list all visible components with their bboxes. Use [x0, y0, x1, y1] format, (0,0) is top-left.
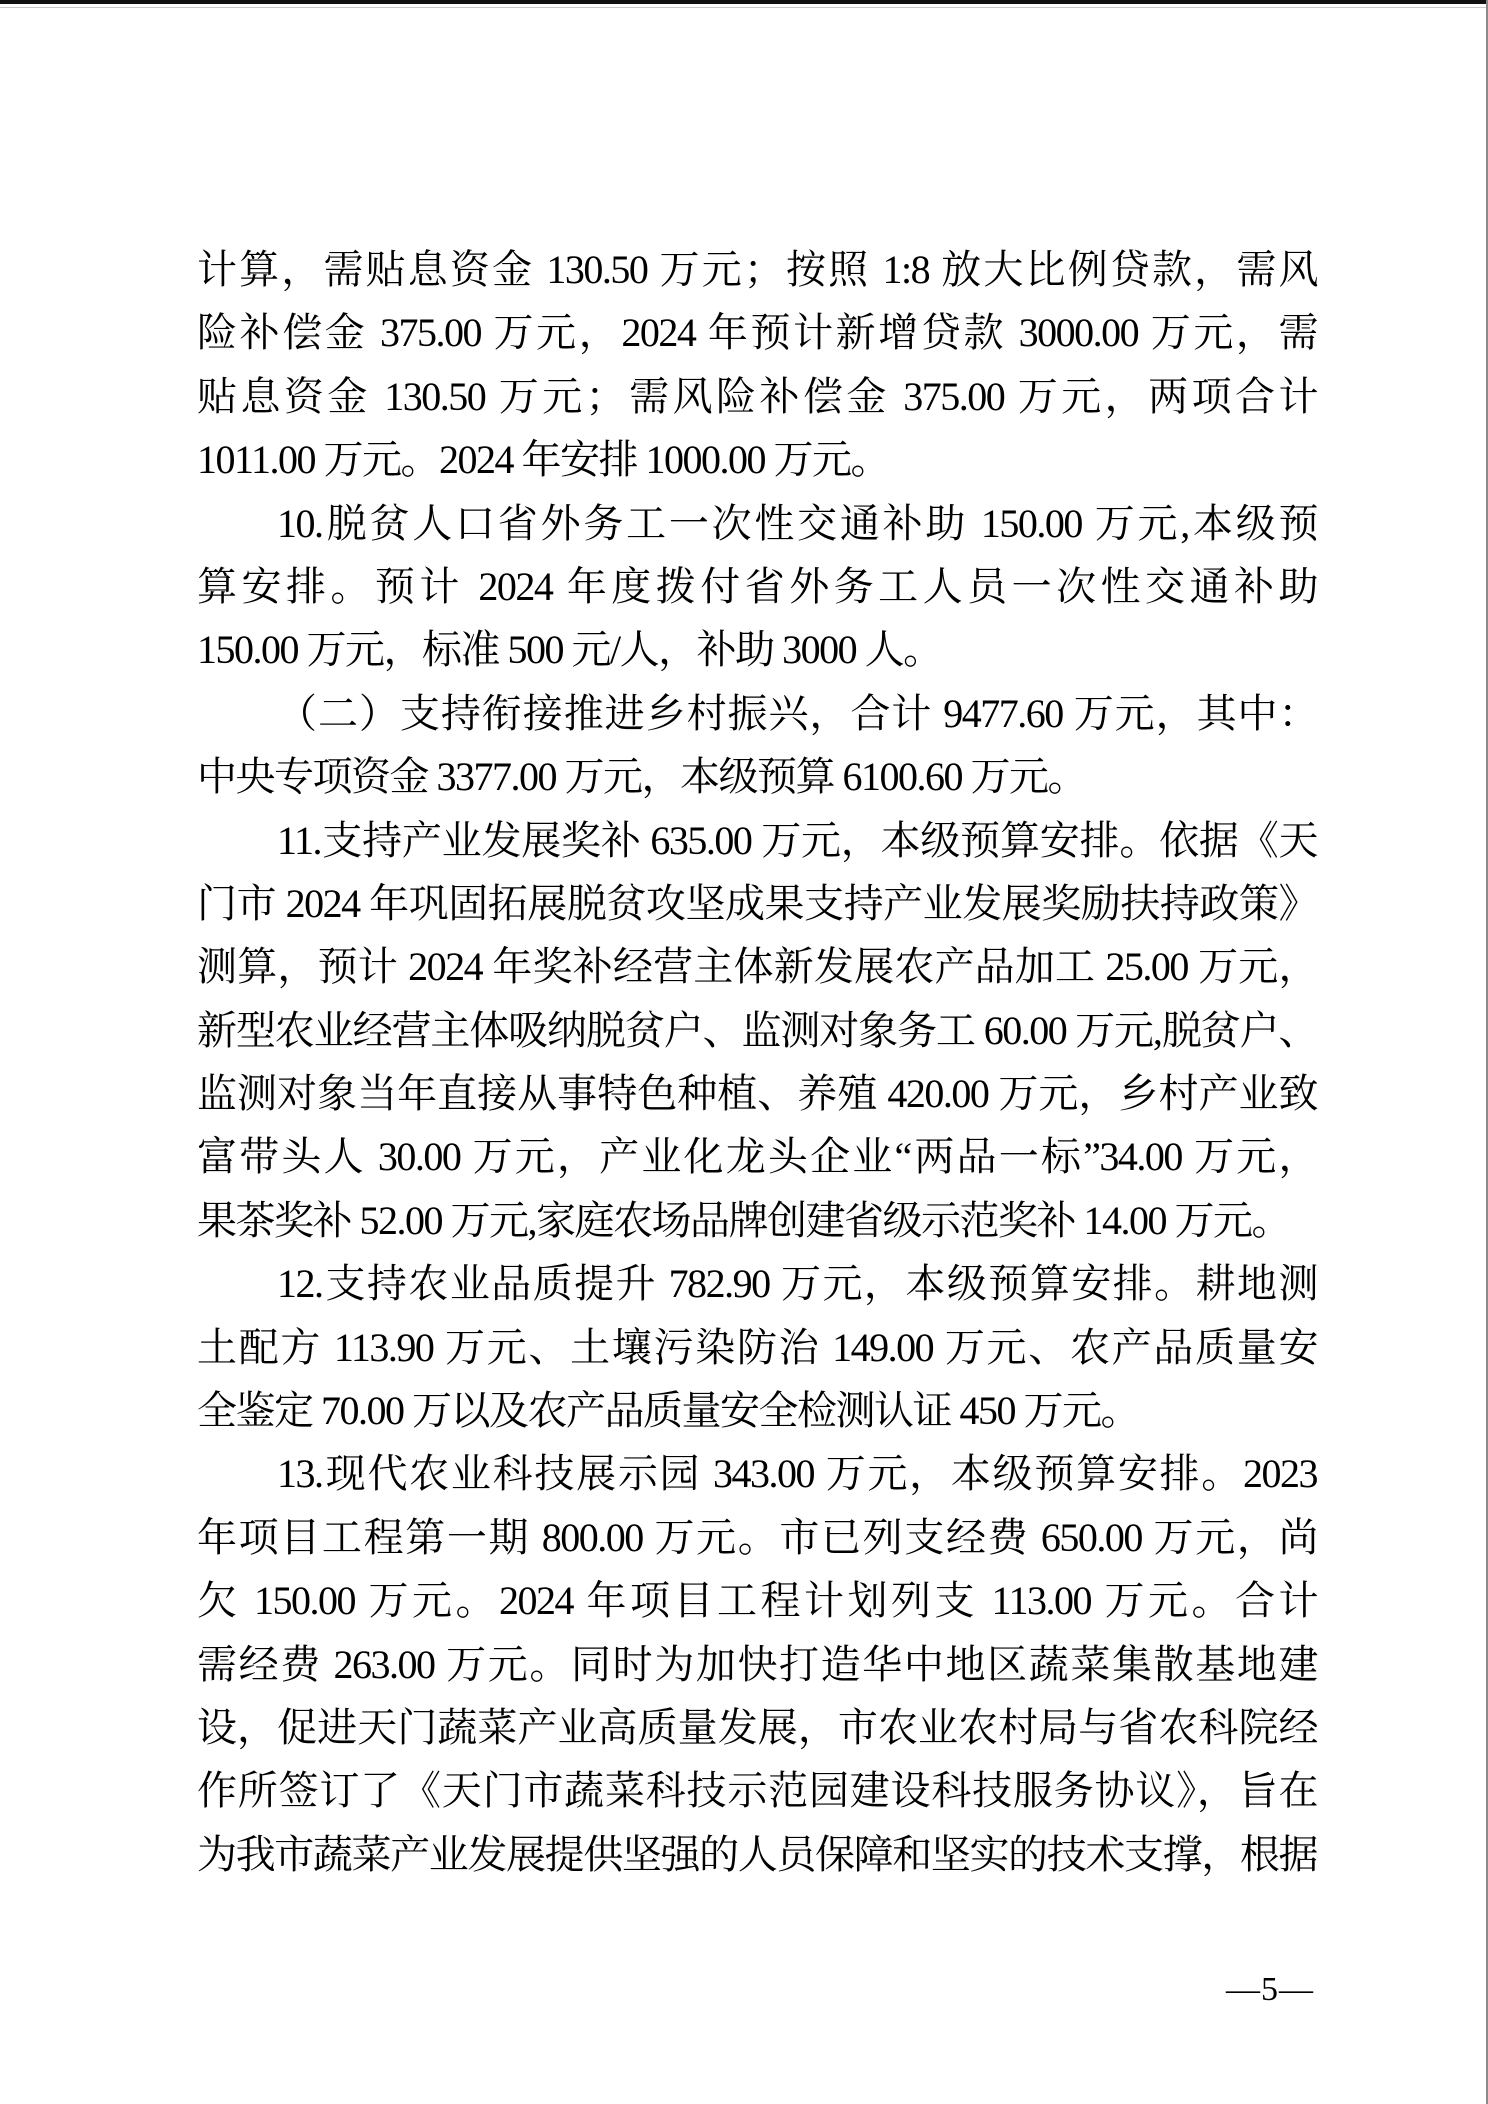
- text-line: 12.支持农业品质提升 782.90 万元，本级预算安排。耕地测: [197, 1252, 1317, 1315]
- text-line: 新型农业经营主体吸纳脱贫户、监测对象务工 60.00 万元,脱贫户、: [197, 999, 1317, 1062]
- text-line: 富带头人 30.00 万元，产业化龙头企业“两品一标”34.00 万元，: [197, 1125, 1317, 1188]
- page-top-edge: [0, 0, 1488, 4]
- text-line: 贴息资金 130.50 万元；需风险补偿金 375.00 万元，两项合计: [197, 365, 1317, 428]
- text-line: 需经费 263.00 万元。同时为加快打造华中地区蔬菜集散基地建: [197, 1633, 1317, 1696]
- text-line: 门市 2024 年巩固拓展脱贫攻坚成果支持产业发展奖励扶持政策》: [197, 872, 1317, 935]
- text-line: 设，促进天门蔬菜产业高质量发展，市农业农村局与省农科院经: [197, 1696, 1317, 1759]
- text-line: 10.脱贫人口省外务工一次性交通补助 150.00 万元,本级预: [197, 492, 1317, 555]
- text-line: 险补偿金 375.00 万元，2024 年预计新增贷款 3000.00 万元，需: [197, 301, 1317, 364]
- text-line: （二）支持衔接推进乡村振兴，合计 9477.60 万元，其中：: [197, 682, 1317, 745]
- document-page: 计算，需贴息资金 130.50 万元；按照 1:8 放大比例贷款，需风险补偿金 …: [0, 0, 1488, 2104]
- text-line: 作所签订了《天门市蔬菜科技示范园建设科技服务协议》，旨在: [197, 1759, 1317, 1822]
- text-line: 土配方 113.90 万元、土壤污染防治 149.00 万元、农产品质量安: [197, 1316, 1317, 1379]
- text-line: 年项目工程第一期 800.00 万元。市已列支经费 650.00 万元，尚: [197, 1506, 1317, 1569]
- page-number: —5—: [1200, 1970, 1340, 2010]
- text-line: 算安排。预计 2024 年度拨付省外务工人员一次性交通补助: [197, 555, 1317, 618]
- text-line: 1011.00 万元。2024 年安排 1000.00 万元。: [197, 428, 1317, 491]
- text-line: 150.00 万元，标准 500 元/人，补助 3000 人。: [197, 618, 1317, 681]
- text-line: 果茶奖补 52.00 万元,家庭农场品牌创建省级示范奖补 14.00 万元。: [197, 1189, 1317, 1252]
- text-line: 13.现代农业科技展示园 343.00 万元，本级预算安排。2023: [197, 1442, 1317, 1505]
- text-line: 监测对象当年直接从事特色种植、养殖 420.00 万元，乡村产业致: [197, 1062, 1317, 1125]
- text-line: 计算，需贴息资金 130.50 万元；按照 1:8 放大比例贷款，需风: [197, 238, 1317, 301]
- text-line: 测算，预计 2024 年奖补经营主体新发展农产品加工 25.00 万元，: [197, 935, 1317, 998]
- text-lines: 计算，需贴息资金 130.50 万元；按照 1:8 放大比例贷款，需风险补偿金 …: [197, 238, 1317, 1886]
- text-line: 欠 150.00 万元。2024 年项目工程计划列支 113.00 万元。合计: [197, 1569, 1317, 1632]
- text-line: 中央专项资金 3377.00 万元，本级预算 6100.60 万元。: [197, 745, 1317, 808]
- text-line: 全鉴定 70.00 万以及农产品质量安全检测认证 450 万元。: [197, 1379, 1317, 1442]
- page-top-edge-shadow: [0, 7, 1488, 8]
- text-line: 11.支持产业发展奖补 635.00 万元，本级预算安排。依据《天: [197, 809, 1317, 872]
- text-line: 为我市蔬菜产业发展提供坚强的人员保障和坚实的技术支撑，根据: [197, 1823, 1317, 1886]
